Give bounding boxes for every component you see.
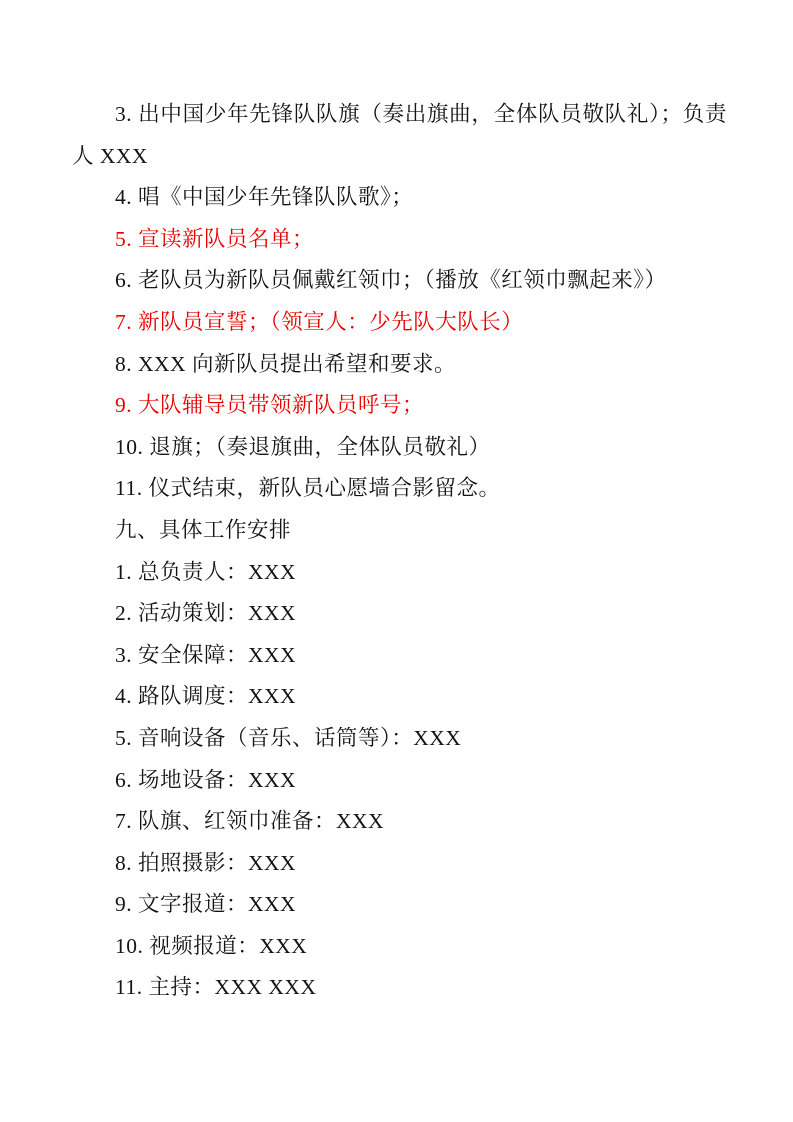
agenda-item-3-line-1: 3. 出中国少年先锋队队旗（奏出旗曲，全体队员敬队礼）；负责 (72, 94, 727, 136)
work-item-3: 3. 安全保障：XXX (72, 635, 727, 677)
document-page: 3. 出中国少年先锋队队旗（奏出旗曲，全体队员敬队礼）；负责 人 XXX 4. … (0, 0, 793, 1122)
work-item-10: 10. 视频报道：XXX (72, 926, 727, 968)
agenda-item-11: 11. 仪式结束，新队员心愿墙合影留念。 (72, 468, 727, 510)
work-item-5: 5. 音响设备（音乐、话筒等）：XXX (72, 718, 727, 760)
page-background: { "page": { "background_color": "#ffffff… (0, 0, 793, 1122)
work-item-1: 1. 总负责人：XXX (72, 552, 727, 594)
agenda-item-3-line-2: 人 XXX (72, 136, 727, 178)
work-item-7: 7. 队旗、红领巾准备：XXX (72, 801, 727, 843)
work-item-4: 4. 路队调度：XXX (72, 676, 727, 718)
agenda-item-6: 6. 老队员为新队员佩戴红领巾；（播放《红领巾飘起来》） (72, 260, 727, 302)
agenda-item-10: 10. 退旗；（奏退旗曲，全体队员敬礼） (72, 427, 727, 469)
work-item-8: 8. 拍照摄影：XXX (72, 843, 727, 885)
agenda-item-7-red: 7. 新队员宣誓；（领宣人：少先队大队长） (72, 302, 727, 344)
agenda-item-5-red: 5. 宣读新队员名单； (72, 219, 727, 261)
work-item-6: 6. 场地设备：XXX (72, 760, 727, 802)
agenda-item-9-red: 9. 大队辅导员带领新队员呼号； (72, 385, 727, 427)
section-heading-nine: 九、具体工作安排 (72, 510, 727, 552)
agenda-item-8: 8. XXX 向新队员提出希望和要求。 (72, 344, 727, 386)
agenda-item-4: 4. 唱《中国少年先锋队队歌》； (72, 177, 727, 219)
work-item-9: 9. 文字报道：XXX (72, 884, 727, 926)
work-item-11: 11. 主持：XXX XXX (72, 967, 727, 1009)
work-item-2: 2. 活动策划：XXX (72, 593, 727, 635)
